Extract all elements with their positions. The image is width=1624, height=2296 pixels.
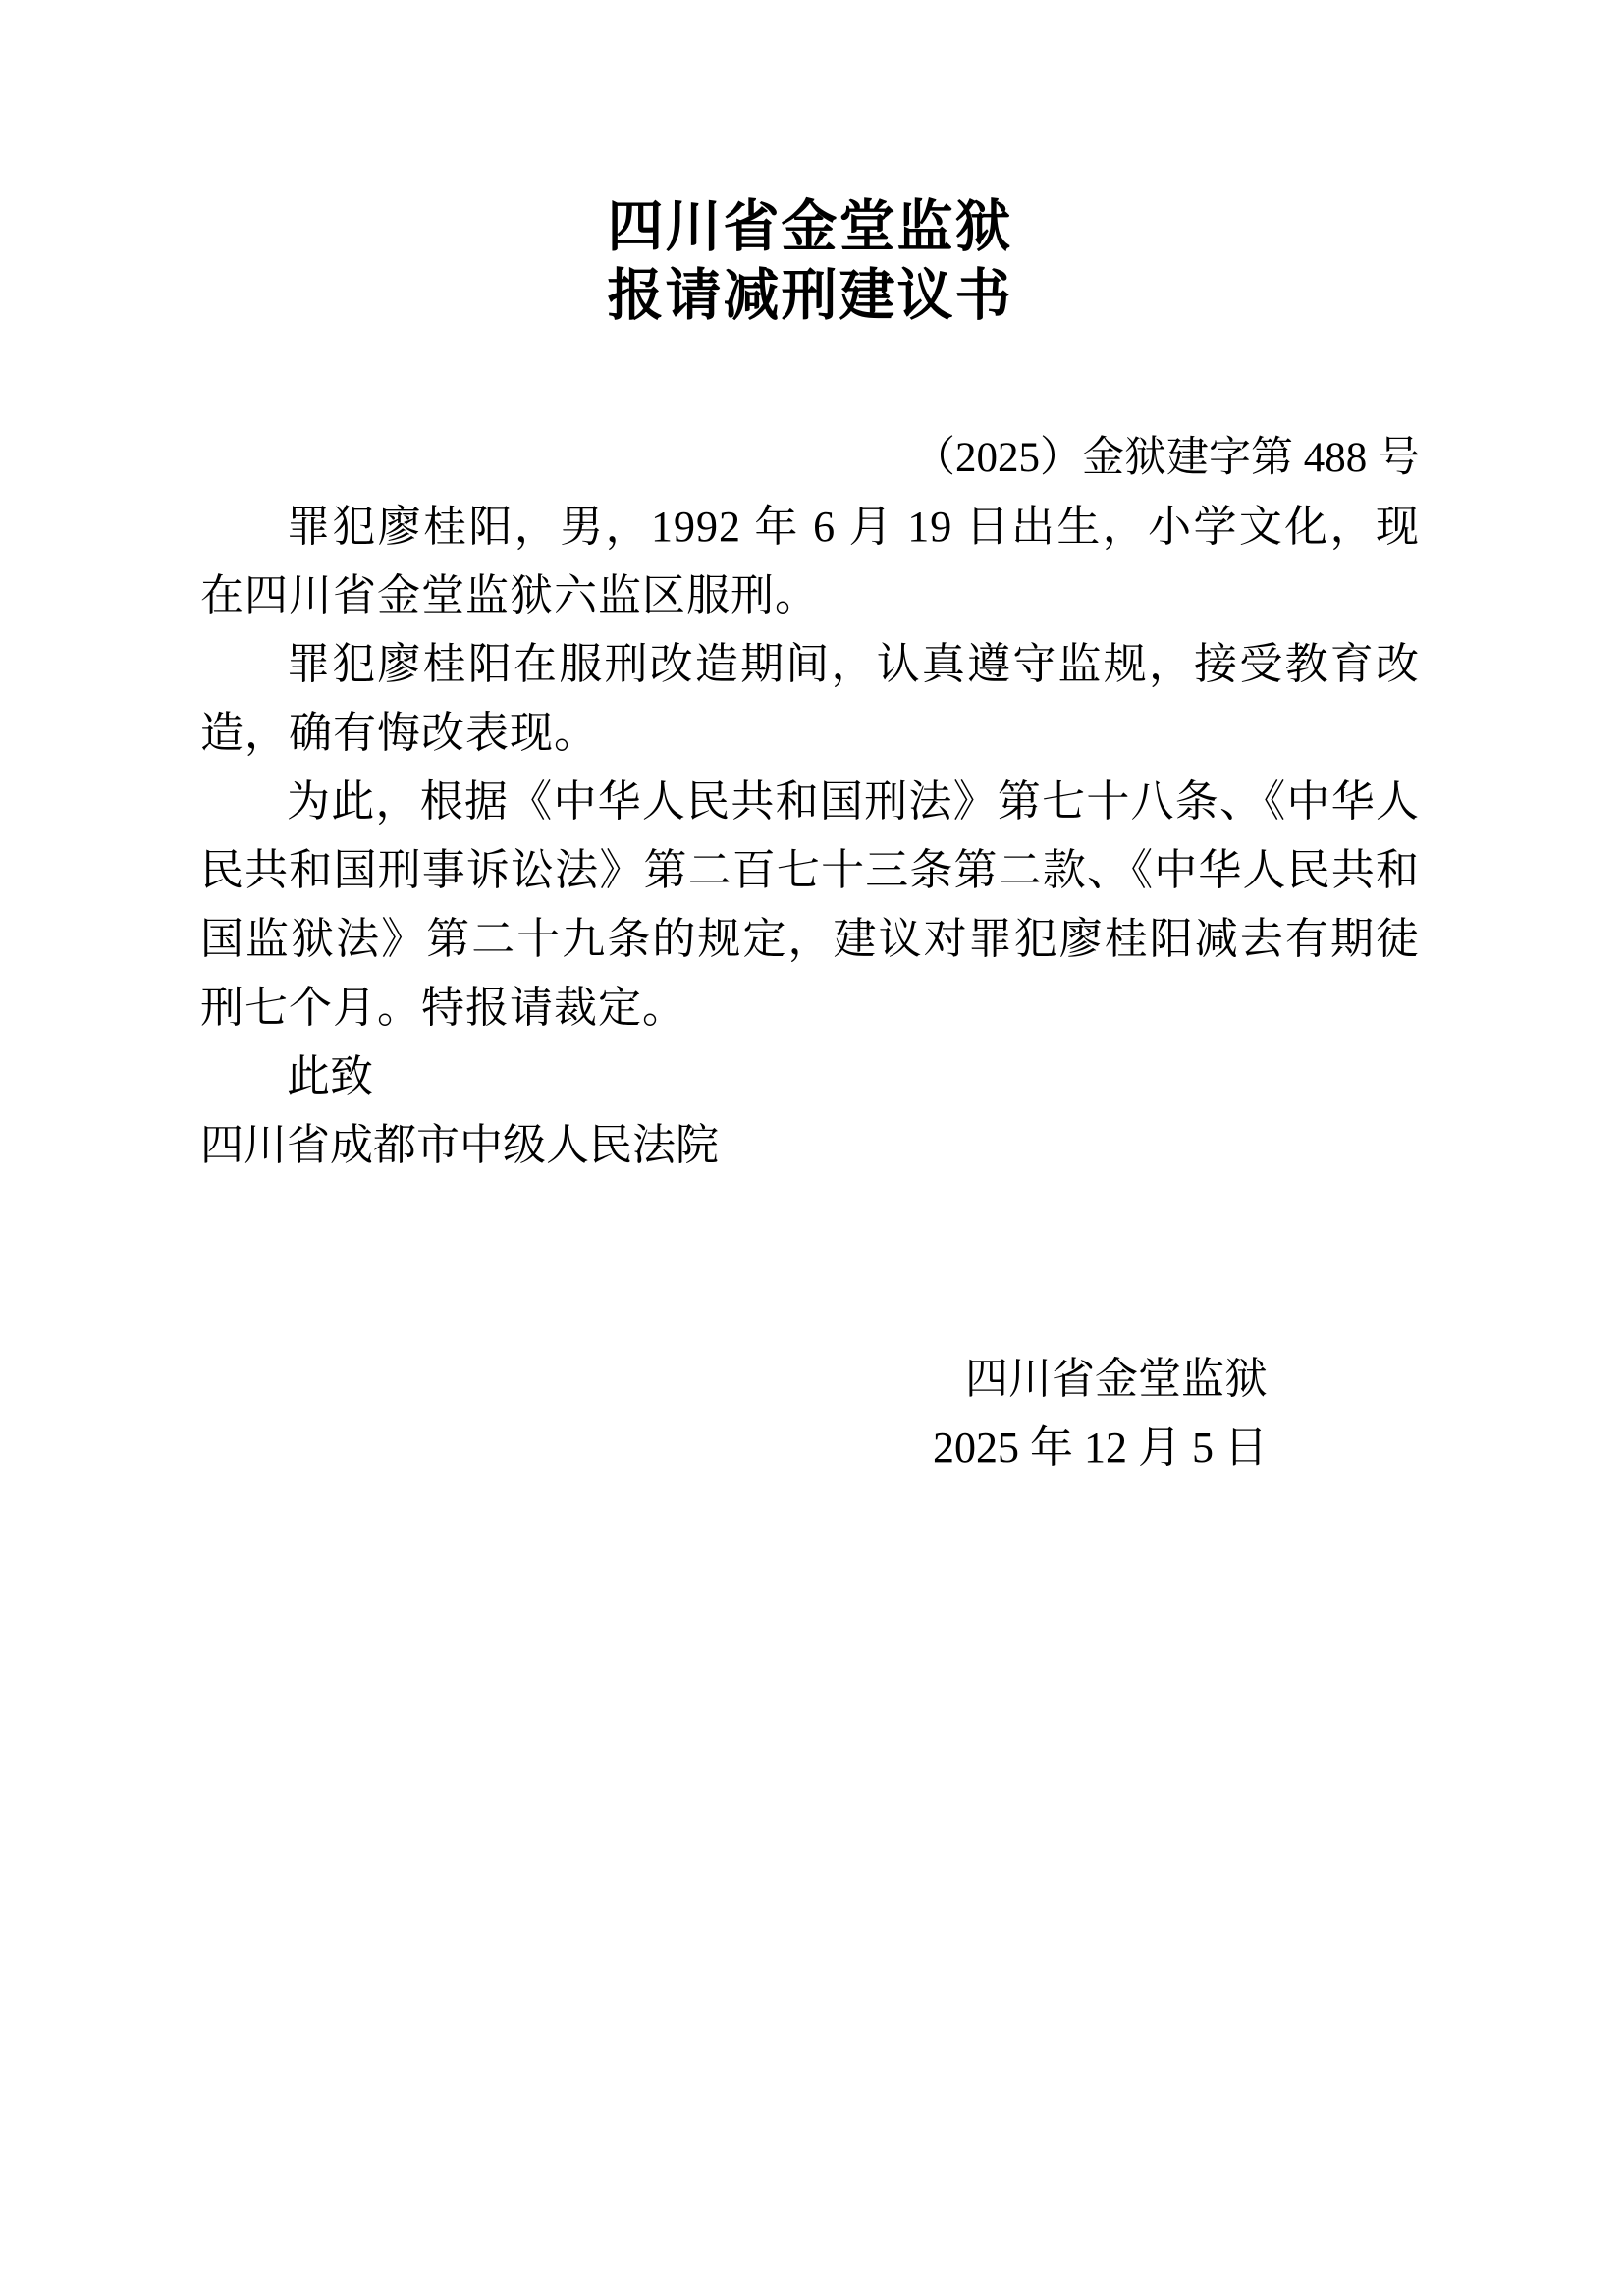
recipient-court: 四川省成都市中级人民法院 — [200, 1111, 1420, 1180]
document-title: 四川省金堂监狱 报请减刑建议书 — [200, 192, 1420, 330]
document-page: 四川省金堂监狱 报请减刑建议书 （2025）金狱建字第 488 号 罪犯廖桂阳，… — [0, 0, 1624, 2296]
salutation: 此致 — [200, 1042, 1420, 1111]
title-line-doctype: 报请减刑建议书 — [200, 261, 1420, 330]
paragraph-conduct: 罪犯廖桂阳在服刑改造期间，认真遵守监规，接受教育改造，确有悔改表现。 — [200, 630, 1420, 768]
signature-org: 四川省金堂监狱 — [200, 1345, 1268, 1414]
paragraph-legal-basis: 为此，根据《中华人民共和国刑法》第七十八条、《中华人民共和国刑事诉讼法》第二百七… — [200, 768, 1420, 1042]
signature-block: 四川省金堂监狱 2025 年 12 月 5 日 — [200, 1345, 1268, 1482]
document-number: （2025）金狱建字第 488 号 — [200, 424, 1420, 493]
signature-date: 2025 年 12 月 5 日 — [200, 1414, 1268, 1482]
title-line-org: 四川省金堂监狱 — [200, 192, 1420, 261]
paragraph-offender-info: 罪犯廖桂阳，男，1992 年 6 月 19 日出生，小学文化，现在四川省金堂监狱… — [200, 493, 1420, 630]
